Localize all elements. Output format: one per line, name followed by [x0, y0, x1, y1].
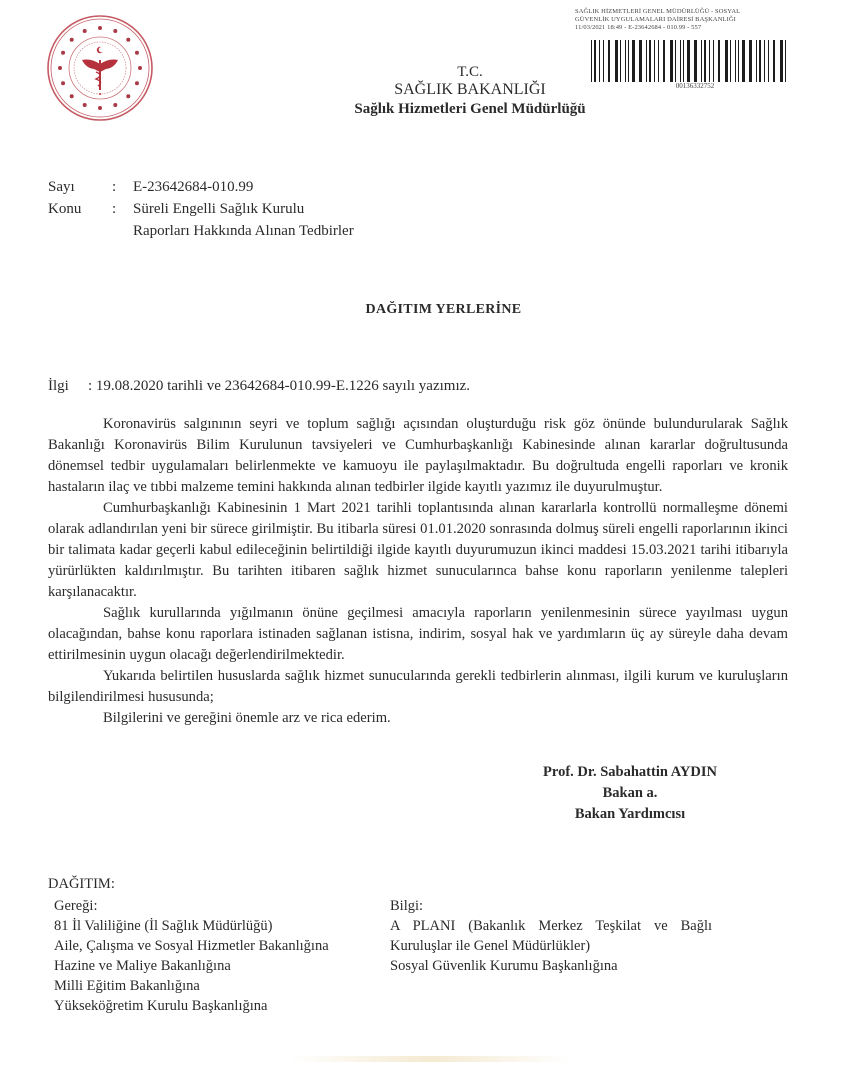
konu-value-line2: Raporları Hakkında Alınan Tedbirler: [133, 221, 354, 241]
distribution-heading: DAĞITIM:: [48, 876, 115, 893]
sayi-colon: :: [112, 177, 116, 197]
distribution-item: Yükseköğretim Kurulu Başkanlığına: [54, 996, 376, 1016]
reference-value: : 19.08.2020 tarihli ve 23642684-010.99-…: [88, 378, 470, 394]
body-paragraph: Yukarıda belirtilen hususlarda sağlık hi…: [48, 666, 788, 708]
signatory-name: Prof. Dr. Sabahattin AYDIN: [480, 764, 780, 781]
stamp-line: 11/03/2021 18:49 - E-23642684 - 010.99 -…: [575, 24, 815, 32]
sayi-row: Sayı : E-23642684-010.99: [0, 177, 851, 197]
letter-body: Koronavirüs salgınının seyri ve toplum s…: [48, 414, 788, 729]
stamp-line: SAĞLIK HİZMETLERİ GENEL MÜDÜRLÜĞÜ - SOSY…: [575, 8, 815, 16]
konu-colon: :: [112, 199, 116, 219]
konu-row: Konu : Süreli Engelli Sağlık Kurulu: [0, 199, 851, 219]
barcode: [589, 40, 791, 82]
body-paragraph: Cumhurbaşkanlığı Kabinesinin 1 Mart 2021…: [48, 498, 788, 603]
stamp-line: GÜVENLİK UYGULAMALARI DAİRESİ BAŞKANLIĞI: [575, 16, 815, 24]
ministry-of-health-seal-icon: [46, 14, 154, 122]
distribution-item: 81 İl Valiliğine (İl Sağlık Müdürlüğü): [54, 916, 376, 936]
body-paragraph: Koronavirüs salgınının seyri ve toplum s…: [48, 414, 788, 498]
signatory-title: Bakan Yardımcısı: [480, 806, 780, 823]
barcode-number: 00136332752: [640, 82, 750, 90]
body-paragraph: Sağlık kurullarında yığılmanın önüne geç…: [48, 603, 788, 666]
distribution-item: Sosyal Güvenlik Kurumu Başkanlığına: [390, 956, 712, 976]
signatory-role: Bakan a.: [480, 785, 780, 802]
action-heading: Gereği:: [54, 896, 376, 916]
department-title: Sağlık Hizmetleri Genel Müdürlüğü: [290, 101, 650, 118]
page-edge-smudge: [290, 1056, 570, 1062]
reference-label: İlgi: [48, 378, 88, 395]
distribution-info-list: Bilgi: A PLANI (Bakanlık Merkez Teşkilat…: [390, 896, 712, 976]
distribution-item: Milli Eğitim Bakanlığına: [54, 976, 376, 996]
sayi-value: E-23642684-010.99: [133, 177, 253, 197]
country-label: T.C.: [420, 64, 520, 81]
distribution-item: A PLANI (Bakanlık Merkez Teşkilat ve Bağ…: [390, 916, 712, 956]
addressee-heading: DAĞITIM YERLERİNE: [0, 302, 851, 318]
distribution-item: Aile, Çalışma ve Sosyal Hizmetler Bakanl…: [54, 936, 376, 956]
distribution-item: Hazine ve Maliye Bakanlığına: [54, 956, 376, 976]
document-stamp: SAĞLIK HİZMETLERİ GENEL MÜDÜRLÜĞÜ - SOSY…: [575, 8, 815, 32]
ministry-title: SAĞLIK BAKANLIĞI: [290, 81, 650, 99]
konu-value-line1: Süreli Engelli Sağlık Kurulu: [133, 199, 304, 219]
sayi-label: Sayı: [48, 177, 75, 197]
distribution-action-list: Gereği: 81 İl Valiliğine (İl Sağlık Müdü…: [54, 896, 376, 1016]
konu-label: Konu: [48, 199, 81, 219]
reference-line: İlgi: 19.08.2020 tarihli ve 23642684-010…: [48, 378, 470, 395]
body-paragraph: Bilgilerini ve gereğini önemle arz ve ri…: [48, 708, 788, 729]
konu-row-2: Raporları Hakkında Alınan Tedbirler: [0, 221, 851, 241]
info-heading: Bilgi:: [390, 896, 712, 916]
